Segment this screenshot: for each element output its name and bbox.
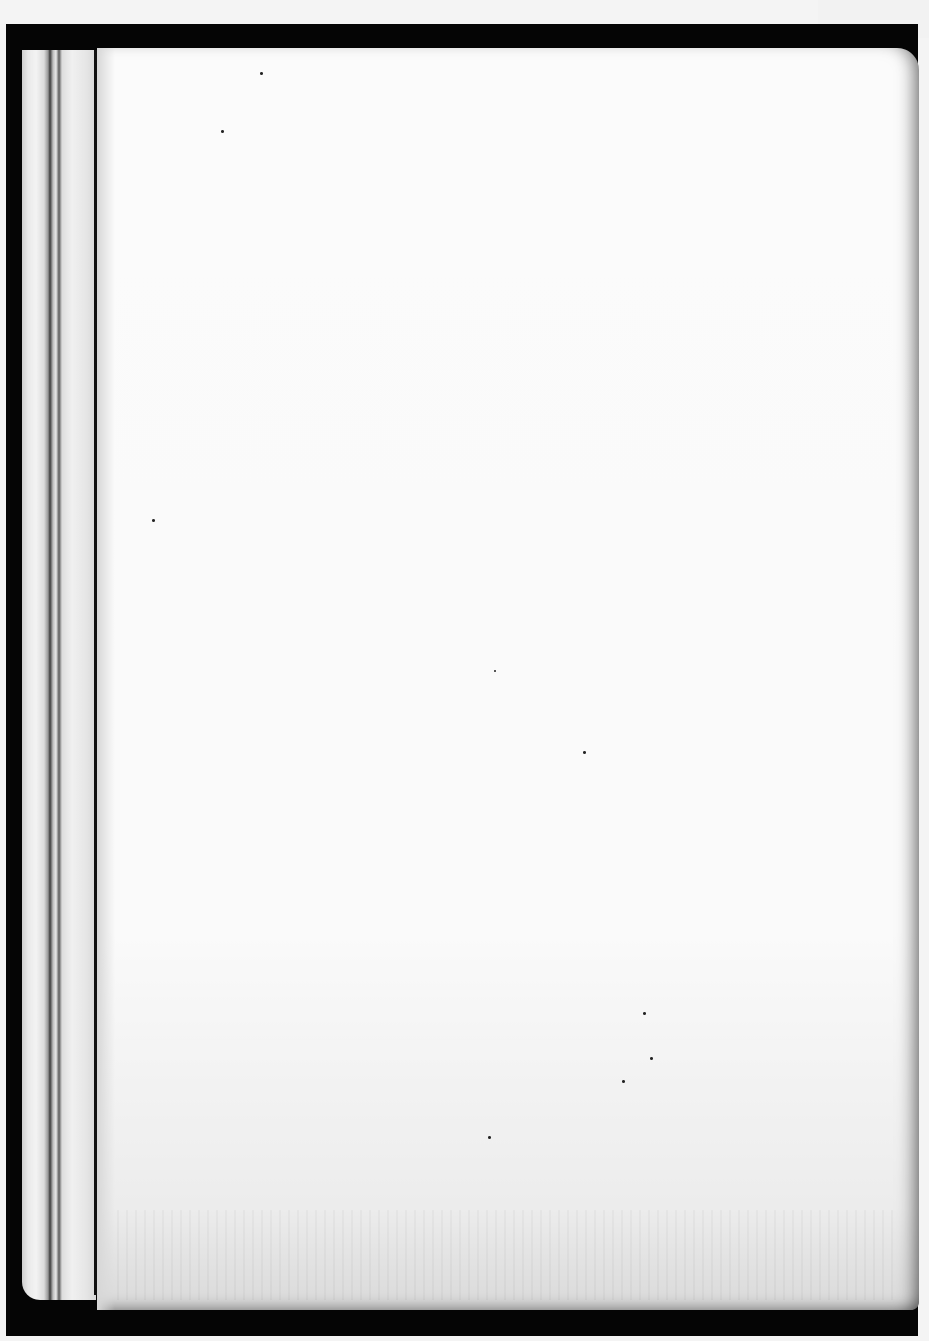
dust-speck [221, 130, 224, 133]
spine-shadow [97, 48, 115, 1310]
dust-speck [152, 519, 155, 522]
dust-speck [650, 1057, 653, 1060]
dust-speck [260, 72, 263, 75]
dust-speck [643, 1012, 646, 1015]
ink-bleed-through [117, 1210, 899, 1300]
dust-speck [622, 1080, 625, 1083]
book-page-edges [22, 50, 96, 1300]
dust-speck [583, 751, 586, 754]
dust-speck [494, 670, 496, 672]
blank-page [97, 48, 919, 1310]
dust-speck [488, 1136, 491, 1139]
